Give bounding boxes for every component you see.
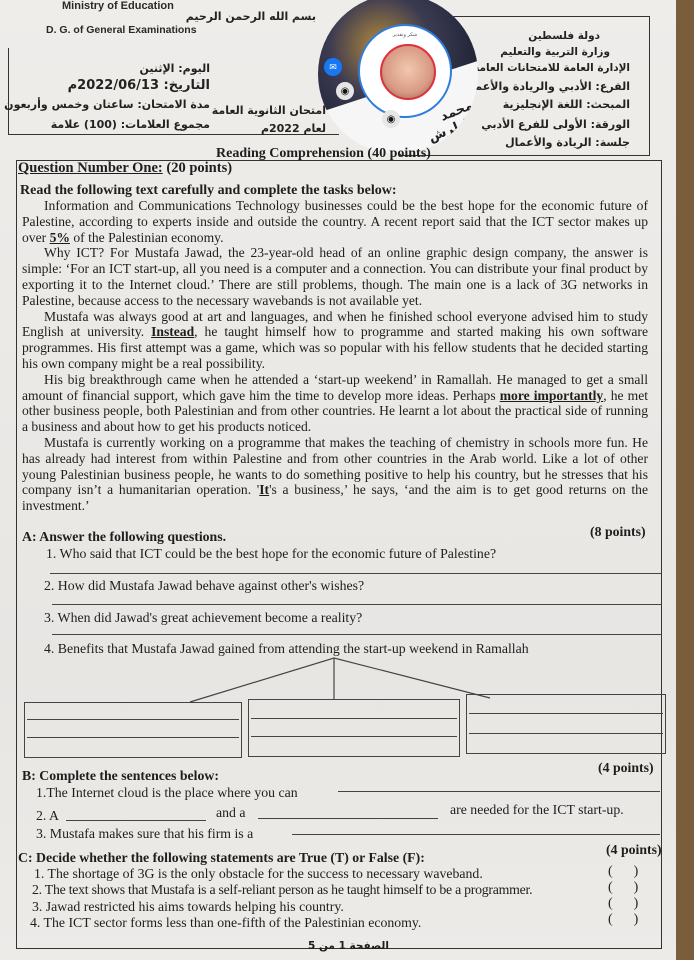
part-c-heading: C: Decide whether the following statemen…	[18, 850, 425, 866]
statement-2: 2. The text shows that Mustafa is a self…	[32, 882, 532, 898]
statement-4: 4. The ICT sector forms less than one-fi…	[30, 915, 421, 931]
statement-1: 1. The shortage of 3G is the only obstac…	[34, 866, 483, 882]
tf-answer-4[interactable]: ( )	[608, 912, 638, 928]
exam-paper: Ministry of Education D. G. of General E…	[0, 0, 676, 960]
benefit-box-2[interactable]	[248, 699, 460, 757]
statement-3: 3. Jawad restricted his aims towards hel…	[32, 899, 344, 915]
tf-answer-2[interactable]: ( )	[608, 880, 638, 896]
part-b-points: (4 points)	[598, 760, 654, 776]
blank-2b[interactable]	[258, 818, 438, 819]
benefit-box-3[interactable]	[466, 694, 666, 754]
part-c-points: (4 points)	[606, 842, 662, 858]
sentence-3: 3. Mustafa makes sure that his firm is a	[36, 826, 253, 842]
part-b-heading: B: Complete the sentences below:	[22, 768, 219, 784]
page-number: الصفحة 1 من 5	[308, 940, 389, 952]
blank-2a[interactable]	[66, 820, 206, 821]
blank-3[interactable]	[292, 834, 660, 835]
tf-answer-3[interactable]: ( )	[608, 896, 638, 912]
sentence-2-end: are needed for the ICT start-up.	[450, 802, 624, 818]
benefit-box-1[interactable]	[24, 702, 242, 758]
sentence-2-start: 2. A	[36, 808, 59, 824]
tf-answer-1[interactable]: ( )	[608, 864, 638, 880]
sentence-1: 1.The Internet cloud is the place where …	[36, 785, 298, 801]
sentence-2-mid: and a	[216, 805, 246, 821]
blank-1[interactable]	[338, 791, 660, 792]
